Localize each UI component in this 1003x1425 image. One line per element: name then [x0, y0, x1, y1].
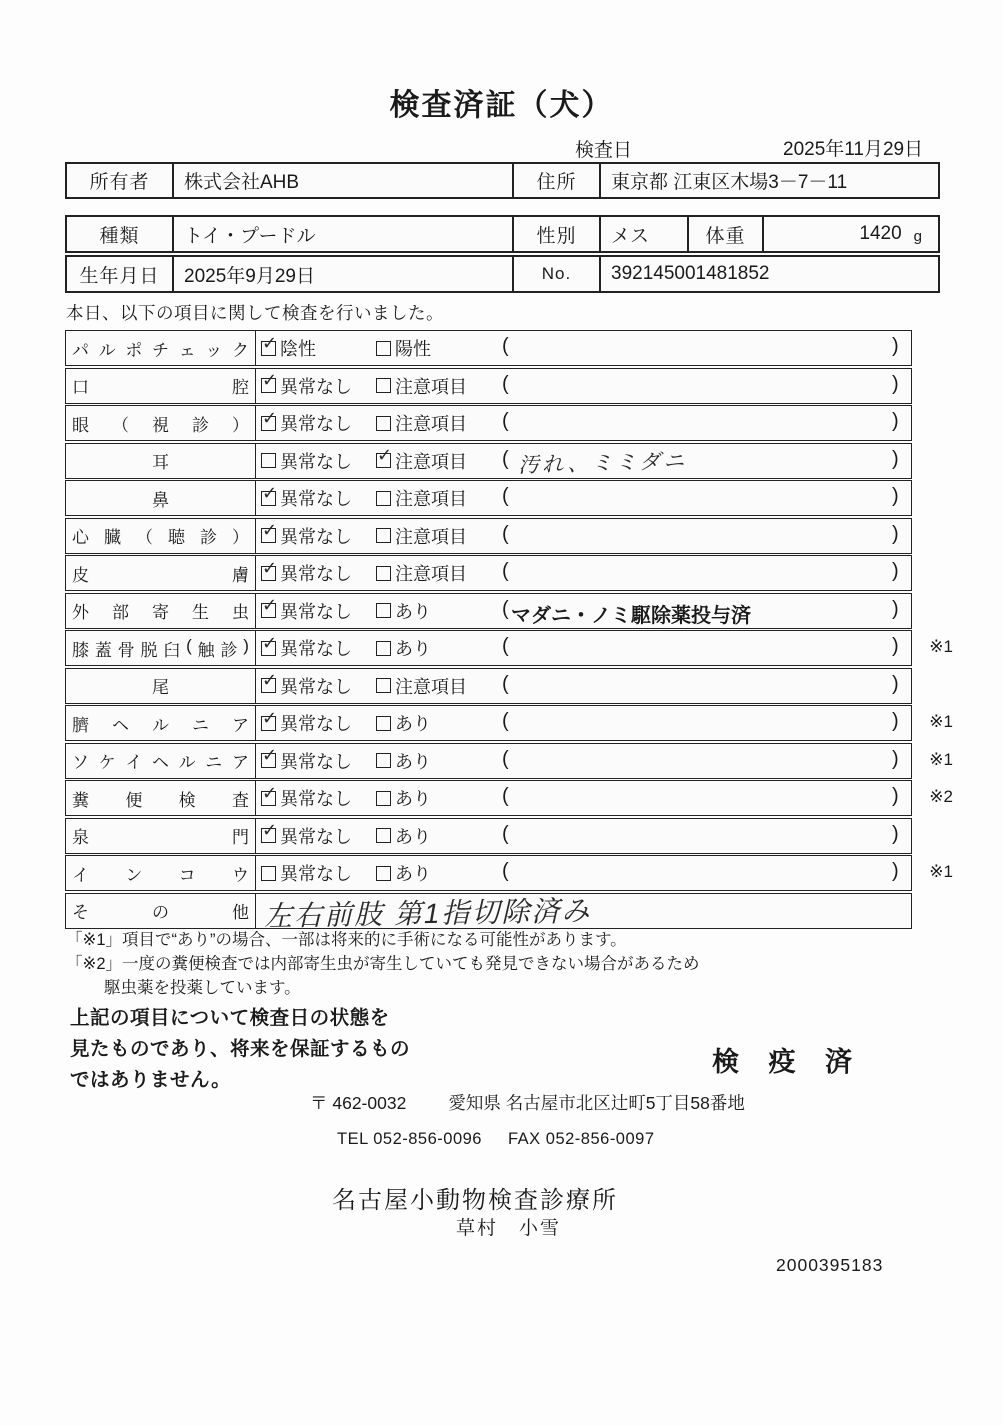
disclaimer-line-1: 上記の項目について検査日の状態を	[70, 1003, 410, 1034]
row-label: 外部寄生虫	[66, 594, 256, 628]
checklist-table: パルポチェック✓陰性陽性()口腔✓異常なし注意項目()眼（視診）✓異常なし注意項…	[65, 330, 912, 930]
row-label: 鼻	[66, 481, 256, 515]
owner-value: 株式会社AHB	[172, 164, 512, 197]
check-icon: ✓	[262, 520, 277, 541]
paren-open: (	[502, 635, 509, 658]
paren-open: (	[502, 560, 509, 583]
paren-close: )	[892, 448, 899, 471]
birth-label: 生年月日	[67, 257, 172, 291]
check-icon: ✓	[262, 333, 277, 354]
checkbox-option-1: ✓異常なし	[261, 481, 352, 515]
row-content: ✓異常なしあり()マダニ・ノミ駆除薬投与済	[256, 594, 911, 628]
checkbox-option-1: ✓異常なし	[261, 781, 352, 815]
row-label: 耳	[66, 444, 256, 478]
paren-open: (	[502, 373, 509, 396]
paren-open: (	[502, 523, 509, 546]
paren-close: )	[892, 748, 899, 771]
paren-open: (	[502, 673, 509, 696]
checklist-row: その他左右前肢 第1指切除済み	[65, 893, 912, 929]
paren-close: )	[892, 860, 899, 883]
empty-checkbox-icon	[376, 603, 391, 618]
empty-checkbox-icon	[376, 528, 391, 543]
check-icon: ✓	[377, 445, 392, 466]
empty-checkbox-icon	[376, 566, 391, 581]
empty-checkbox-icon	[376, 491, 391, 506]
check-icon: ✓	[262, 595, 277, 616]
clinic-name: 名古屋小動物検査診療所	[332, 1180, 618, 1215]
check-icon: ✓	[262, 370, 277, 391]
checkbox-option-2: 注意項目	[376, 556, 467, 590]
empty-checkbox-icon	[376, 416, 391, 431]
birth-value: 2025年9月29日	[172, 257, 512, 291]
checkbox-option-2: 注意項目	[376, 406, 467, 440]
check-icon: ✓	[262, 745, 277, 766]
row-content: ✓陰性陽性()	[256, 331, 911, 365]
clinic-contact-line: TEL 052-856-0096FAX 052-856-0097	[337, 1130, 655, 1149]
checkbox-option-1: ✓異常なし	[261, 556, 352, 590]
paren-open: (	[502, 410, 509, 433]
address-label: 住所	[512, 164, 599, 197]
row-label: 眼（視診）	[66, 406, 256, 440]
checklist-row: 尾✓異常なし注意項目()	[65, 668, 912, 704]
row-content: ✓異常なし注意項目()	[256, 406, 911, 440]
checklist-row: 心臓（聴診）✓異常なし注意項目()	[65, 518, 912, 554]
row-label: 膝蓋骨脱臼(触診)	[66, 631, 256, 665]
reference-marker: ※2	[929, 787, 953, 807]
checkbox-option-1: ✓異常なし	[261, 406, 352, 440]
checklist-row: インコウ異常なしあり()※1	[65, 855, 912, 891]
checked-checkbox-icon: ✓	[261, 378, 276, 393]
row-label: ソケイヘルニア	[66, 744, 256, 778]
empty-checkbox-icon	[376, 791, 391, 806]
row-content: ✓異常なし注意項目()	[256, 481, 911, 515]
row-label: 心臓（聴診）	[66, 519, 256, 553]
check-icon: ✓	[262, 670, 277, 691]
pet-table-row1: 種類 トイ・プードル 性別 メス 体重 1420 g	[65, 215, 940, 253]
checkbox-option-2: あり	[376, 819, 431, 853]
paren-close: )	[892, 635, 899, 658]
checkbox-option-2: 注意項目	[376, 369, 467, 403]
breed-label: 種類	[67, 217, 172, 251]
check-icon: ✓	[262, 483, 277, 504]
weight-label: 体重	[687, 217, 762, 251]
checked-checkbox-icon: ✓	[261, 828, 276, 843]
paren-close: )	[892, 373, 899, 396]
paren-open: (	[502, 823, 509, 846]
owner-label: 所有者	[67, 164, 172, 197]
checklist-row: 外部寄生虫✓異常なしあり()マダニ・ノミ駆除薬投与済	[65, 593, 912, 629]
checkbox-option-1: ✓異常なし	[261, 594, 352, 628]
checklist-row: ソケイヘルニア✓異常なしあり()※1	[65, 743, 912, 779]
clinic-postal-code: 〒 462-0032	[310, 1093, 406, 1113]
check-icon: ✓	[262, 783, 277, 804]
checkbox-option-1: ✓異常なし	[261, 519, 352, 553]
checked-checkbox-icon: ✓	[261, 641, 276, 656]
checklist-row: 臍ヘルニア✓異常なしあり()※1	[65, 705, 912, 741]
check-icon: ✓	[262, 820, 277, 841]
paren-close: )	[892, 710, 899, 733]
paren-open: (	[502, 748, 509, 771]
checkbox-option-2: あり	[376, 706, 431, 740]
handwritten-note: 汚れ、ミミダニ	[518, 444, 688, 478]
empty-checkbox-icon	[261, 453, 276, 468]
check-icon: ✓	[262, 408, 277, 429]
disclaimer-line-2: 見たものであり、将来を保証するもの	[70, 1034, 410, 1065]
paren-close: )	[892, 785, 899, 808]
row-content: ✓異常なしあり()	[256, 819, 911, 853]
row-label: 口腔	[66, 369, 256, 403]
checklist-row: 糞便検査✓異常なしあり()※2	[65, 780, 912, 816]
sex-value: メス	[599, 217, 687, 251]
paren-open: (	[502, 598, 509, 621]
paren-close: )	[892, 823, 899, 846]
empty-checkbox-icon	[376, 378, 391, 393]
checked-checkbox-icon: ✓	[261, 491, 276, 506]
empty-checkbox-icon	[376, 753, 391, 768]
page-title: 検査済証（犬）	[0, 80, 1003, 124]
checkbox-option-1: ✓陰性	[261, 331, 316, 365]
number-value: 392145001481852	[599, 257, 938, 291]
checked-checkbox-icon: ✓	[261, 791, 276, 806]
clinic-tel: TEL 052-856-0096	[337, 1130, 482, 1148]
row-content: ✓異常なし注意項目()	[256, 369, 911, 403]
checked-checkbox-icon: ✓	[261, 753, 276, 768]
checked-checkbox-icon: ✓	[261, 341, 276, 356]
sex-label: 性別	[512, 217, 599, 251]
row-content: ✓異常なし注意項目()	[256, 556, 911, 590]
paren-open: (	[502, 785, 509, 808]
row-content: ✓異常なしあり()	[256, 706, 911, 740]
paren-close: )	[892, 523, 899, 546]
checkbox-option-1: 異常なし	[261, 444, 352, 478]
weight-number: 1420	[859, 223, 901, 245]
printed-note: マダニ・ノミ駆除薬投与済	[511, 599, 751, 628]
checkbox-option-1: ✓異常なし	[261, 819, 352, 853]
checkbox-option-2: あり	[376, 744, 431, 778]
row-content: 異常なしあり()	[256, 856, 911, 890]
checked-checkbox-icon: ✓	[261, 416, 276, 431]
row-label: 皮膚	[66, 556, 256, 590]
checklist-row: 口腔✓異常なし注意項目()	[65, 368, 912, 404]
checked-checkbox-icon: ✓	[261, 603, 276, 618]
paren-close: )	[892, 598, 899, 621]
empty-checkbox-icon	[376, 828, 391, 843]
checkbox-option-2: 注意項目	[376, 481, 467, 515]
checklist-row: パルポチェック✓陰性陽性()	[65, 330, 912, 366]
owner-table: 所有者 株式会社AHB 住所 東京都 江東区木場3－7－11	[65, 162, 940, 199]
checklist-row: 鼻✓異常なし注意項目()	[65, 480, 912, 516]
check-icon: ✓	[262, 633, 277, 654]
footnote-1: 「※1」項目で“あり”の場合、一部は将来的に手術になる可能性があります。	[66, 928, 700, 952]
checkbox-option-2: あり	[376, 594, 431, 628]
clinic-address: 愛知県 名古屋市北区辻町5丁目58番地	[448, 1093, 745, 1113]
footnote-2: 「※2」一度の糞便検査では内部寄生虫が寄生していても発見できない場合があるため	[66, 952, 700, 976]
checkbox-option-2: あり	[376, 631, 431, 665]
check-icon: ✓	[262, 558, 277, 579]
checklist-row: 皮膚✓異常なし注意項目()	[65, 555, 912, 591]
paren-close: )	[892, 673, 899, 696]
empty-checkbox-icon	[376, 716, 391, 731]
paren-open: (	[502, 335, 509, 358]
paren-close: )	[892, 485, 899, 508]
row-label: その他	[66, 894, 256, 928]
disclaimer: 上記の項目について検査日の状態を 見たものであり、将来を保証するもの ではありま…	[70, 1003, 410, 1096]
checkbox-option-1: ✓異常なし	[261, 744, 352, 778]
checklist-row: 膝蓋骨脱臼(触診)✓異常なしあり()※1	[65, 630, 912, 666]
row-label: 糞便検査	[66, 781, 256, 815]
row-label: 泉門	[66, 819, 256, 853]
paren-open: (	[502, 485, 509, 508]
checklist-row: 眼（視診）✓異常なし注意項目()	[65, 405, 912, 441]
checked-checkbox-icon: ✓	[261, 566, 276, 581]
checked-checkbox-icon: ✓	[261, 716, 276, 731]
weight-value: 1420 g	[762, 217, 938, 251]
row-content: 左右前肢 第1指切除済み	[256, 894, 911, 928]
empty-checkbox-icon	[261, 866, 276, 881]
reference-marker: ※1	[929, 637, 953, 657]
exam-date-value: 2025年11月29日	[783, 134, 923, 161]
intro-text: 本日、以下の項目に関して検査を行いました。	[66, 300, 444, 325]
paren-open: (	[502, 860, 509, 883]
reference-marker: ※1	[929, 712, 953, 732]
veterinarian-name: 草村 小雪	[456, 1213, 561, 1240]
empty-checkbox-icon	[376, 678, 391, 693]
checkbox-option-1: ✓異常なし	[261, 706, 352, 740]
checkbox-option-2: あり	[376, 781, 431, 815]
weight-unit: g	[914, 228, 922, 245]
row-content: ✓異常なし注意項目()	[256, 669, 911, 703]
row-label: 尾	[66, 669, 256, 703]
pet-table-row2: 生年月日 2025年9月29日 No. 392145001481852	[65, 255, 940, 293]
checked-checkbox-icon: ✓	[261, 528, 276, 543]
quarantine-stamp: 検 疫 済	[712, 1040, 863, 1079]
clinic-address-line: 〒 462-0032愛知県 名古屋市北区辻町5丁目58番地	[310, 1090, 745, 1115]
row-label: 臍ヘルニア	[66, 706, 256, 740]
checkbox-option-2: 注意項目	[376, 669, 467, 703]
empty-checkbox-icon	[376, 866, 391, 881]
empty-checkbox-icon	[376, 641, 391, 656]
checkbox-option-1: ✓異常なし	[261, 369, 352, 403]
reference-marker: ※1	[929, 750, 953, 770]
serial-number: 2000395183	[776, 1255, 883, 1276]
footnote-2-cont: 駆虫薬を投薬しています。	[66, 976, 700, 1000]
number-label: No.	[512, 257, 599, 291]
row-content: ✓異常なしあり()	[256, 781, 911, 815]
address-value: 東京都 江東区木場3－7－11	[599, 164, 938, 197]
paren-open: (	[502, 448, 509, 471]
row-content: ✓異常なし注意項目()	[256, 519, 911, 553]
clinic-fax: FAX 052-856-0097	[508, 1130, 655, 1148]
checkbox-option-2: 陽性	[376, 331, 431, 365]
row-content: 異常なし✓注意項目()汚れ、ミミダニ	[256, 444, 911, 478]
check-icon: ✓	[262, 708, 277, 729]
exam-date-label: 検査日	[575, 135, 632, 162]
row-content: ✓異常なしあり()	[256, 631, 911, 665]
checkbox-option-1: ✓異常なし	[261, 631, 352, 665]
reference-marker: ※1	[929, 862, 953, 882]
checklist-row: 泉門✓異常なしあり()	[65, 818, 912, 854]
checked-checkbox-icon: ✓	[261, 678, 276, 693]
paren-close: )	[892, 335, 899, 358]
checklist-row: 耳異常なし✓注意項目()汚れ、ミミダニ	[65, 443, 912, 479]
paren-close: )	[892, 410, 899, 433]
empty-checkbox-icon	[376, 341, 391, 356]
paren-open: (	[502, 710, 509, 733]
row-label: インコウ	[66, 856, 256, 890]
paren-close: )	[892, 560, 899, 583]
checkbox-option-2: ✓注意項目	[376, 444, 467, 478]
checked-checkbox-icon: ✓	[376, 453, 391, 468]
checkbox-option-1: 異常なし	[261, 856, 352, 890]
row-label: パルポチェック	[66, 331, 256, 365]
breed-value: トイ・プードル	[172, 217, 512, 251]
checkbox-option-2: あり	[376, 856, 431, 890]
checkbox-option-2: 注意項目	[376, 519, 467, 553]
footnotes: 「※1」項目で“あり”の場合、一部は将来的に手術になる可能性があります。 「※2…	[66, 928, 700, 1000]
row-content: ✓異常なしあり()	[256, 744, 911, 778]
checkbox-option-1: ✓異常なし	[261, 669, 352, 703]
